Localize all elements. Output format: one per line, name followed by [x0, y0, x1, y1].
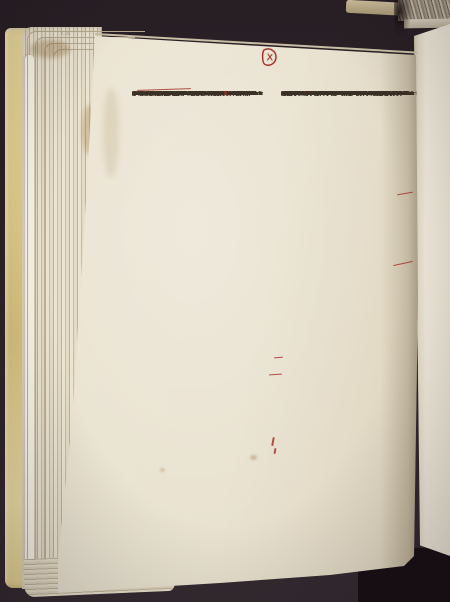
- stain: [30, 40, 70, 58]
- folio-mark-icon: D: [259, 46, 281, 70]
- gutter-shadow: [380, 28, 420, 598]
- manuscript-page: D Itez diſcretio pſonalis é diſcretio fm…: [40, 28, 420, 598]
- stain: [160, 468, 165, 472]
- gutter-top-shadow: [394, 0, 412, 38]
- facing-page-edge: [414, 24, 450, 556]
- folio-mark-label: D: [259, 46, 260, 47]
- faint-inscription: Ca: [62, 31, 70, 38]
- stain: [250, 455, 257, 460]
- rubric-letter: S: [224, 91, 228, 97]
- text-line: que iſunt pprie ronali creature. Sed iſt…: [132, 91, 246, 99]
- book-photograph: D Itez diſcretio pſonalis é diſcretio fm…: [0, 0, 450, 602]
- stain: [103, 88, 119, 178]
- text-line: qués hoc dico i creatura. nõ tamé imperf…: [281, 91, 401, 99]
